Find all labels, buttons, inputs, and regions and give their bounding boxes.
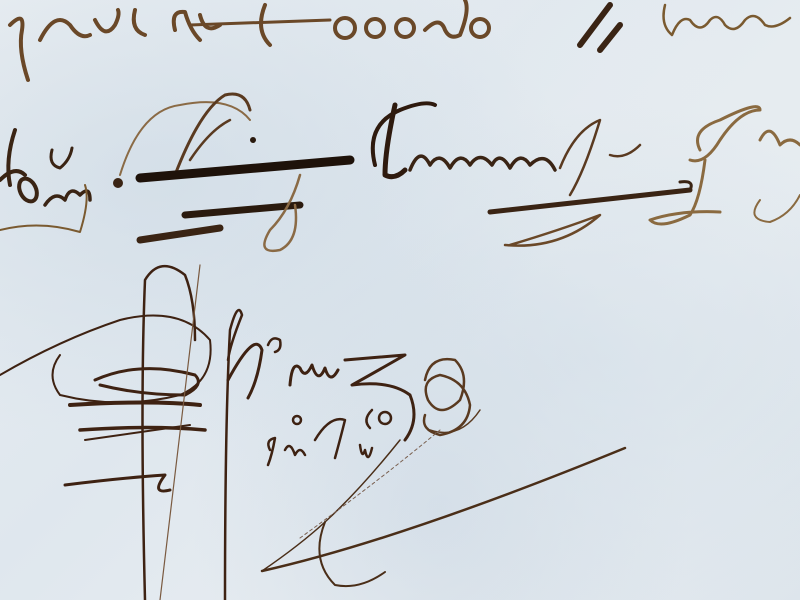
- sanpr-co-text: [268, 410, 391, 465]
- struck-diego: [120, 94, 350, 251]
- dom-abbreviation: [0, 130, 121, 232]
- left-rubric: [0, 265, 211, 600]
- right-rubric: [424, 359, 480, 435]
- bertowpuls-signature: [373, 103, 691, 245]
- manuscript-photo: … vi el toledo // Vicente … Dom. · Diego…: [0, 0, 800, 600]
- vicente-word: [664, 5, 790, 35]
- top-line-handwriting: [10, 0, 620, 80]
- grie-word: [650, 107, 800, 224]
- long-diagonal-stroke: [262, 430, 625, 586]
- ink-strokes: [0, 0, 800, 600]
